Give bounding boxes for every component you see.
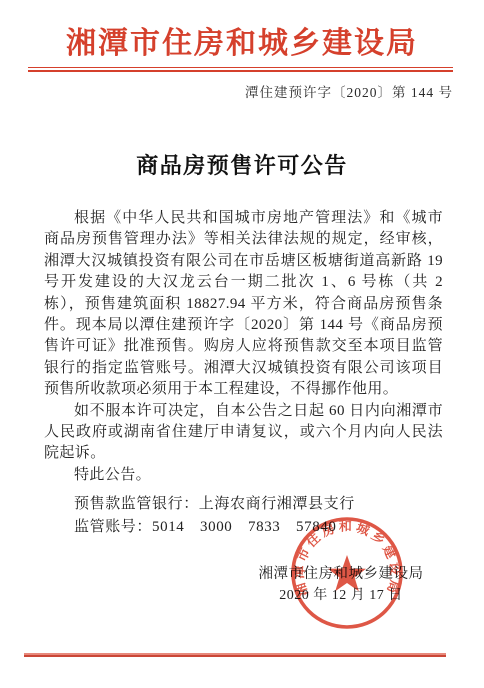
- document-page: 湘潭市住房和城乡建设局 潭住建预许字〔2020〕第 144 号 商品房预售许可公…: [0, 0, 484, 688]
- bureau-header-title: 湘潭市住房和城乡建设局: [0, 18, 484, 62]
- paragraph-legal-basis: 根据《中华人民共和国城市房地产管理法》和《城市商品房预售管理办法》等相关法律法规…: [44, 208, 443, 401]
- document-title: 商品房预售许可公告: [0, 149, 484, 180]
- paragraph-closing: 特此公告。: [44, 465, 443, 486]
- header-divider-rule: [28, 67, 453, 72]
- paragraph-appeal-rights: 如不服本许可决定，自本公告之日起 60 日内向湘潭市人民政府或湖南省住建厅申请复…: [44, 401, 443, 465]
- supervising-bank-line: 预售款监管银行：上海农商行湘潭县支行: [74, 493, 443, 516]
- seal-star-icon: [328, 555, 366, 591]
- document-body: 根据《中华人民共和国城市房地产管理法》和《城市商品房预售管理办法》等相关法律法规…: [44, 208, 443, 486]
- official-seal: 湘潭市住房和城乡建设局: [288, 514, 406, 632]
- footer-divider-rule: [24, 653, 446, 657]
- document-number: 潭住建预许字〔2020〕第 144 号: [245, 81, 453, 101]
